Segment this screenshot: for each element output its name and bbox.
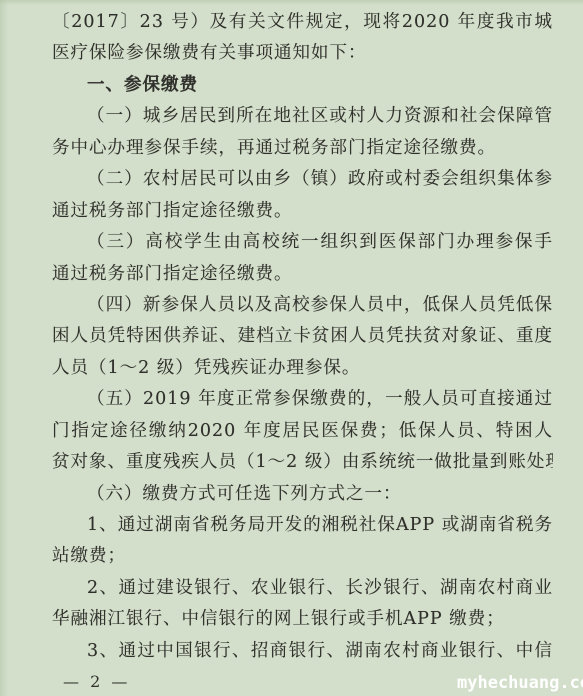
document-line: 门指定途径缴纳2020 年度居民医保费；低保人员、特困人员、扶 (52, 416, 553, 447)
document-line: 2、通过建设银行、农业银行、长沙银行、湖南农村商业银行、 (52, 573, 553, 604)
document-line: 通过税务部门指定途径缴费。 (52, 196, 553, 227)
document-line: 务中心办理参保手续，再通过税务部门指定途径缴费。 (52, 133, 553, 164)
document-line: 贫对象、重度残疾人员（1～2 级）由系统统一做批量到账处理。 (52, 447, 553, 478)
document-line: 医疗保险参保缴费有关事项通知如下： (52, 38, 553, 69)
document-line: 困人员凭特困供养证、建档立卡贫困人员凭扶贫对象证、重度残疾 (52, 321, 553, 352)
document-line: 〔2017〕23 号）及有关文件规定，现将2020 年度我市城乡居民基本 (52, 7, 553, 38)
document-line: （四）新参保人员以及高校参保人员中，低保人员凭低保证、特 (52, 290, 553, 321)
document-line: 站缴费； (52, 541, 553, 572)
document-line: 人员（1～2 级）凭残疾证办理参保。 (52, 353, 553, 384)
document-line: （一）城乡居民到所在地社区或村人力资源和社会保障管理服 (52, 101, 553, 132)
watermark: myhechuang.com (457, 673, 583, 693)
document-page: 〔2017〕23 号）及有关文件规定，现将2020 年度我市城乡居民基本 医疗保… (0, 0, 583, 696)
document-line: 华融湘江银行、中信银行的网上银行或手机APP 缴费； (52, 604, 553, 635)
page-left-edge-shade (0, 0, 8, 696)
page-top-edge-shade (0, 0, 583, 5)
document-line: 通过税务部门指定途径缴费。 (52, 259, 553, 290)
section-heading: 一、参保缴费 (52, 70, 553, 101)
document-line: 1、通过湖南省税务局开发的湘税社保APP 或湖南省税务局网 (52, 510, 553, 541)
document-line: （二）农村居民可以由乡（镇）政府或村委会组织集体参保，再 (52, 164, 553, 195)
document-line: （五）2019 年度正常参保缴费的，一般人员可直接通过税务部 (52, 384, 553, 415)
document-line: 3、通过中国银行、招商银行、湖南农村商业银行、中信银行、 (52, 636, 553, 667)
document-body: 〔2017〕23 号）及有关文件规定，现将2020 年度我市城乡居民基本 医疗保… (52, 7, 553, 667)
document-line: （六）缴费方式可任选下列方式之一： (52, 479, 553, 510)
document-line: （三）高校学生由高校统一组织到医保部门办理参保手续，再 (52, 227, 553, 258)
page-number: — 2 — (63, 672, 130, 691)
